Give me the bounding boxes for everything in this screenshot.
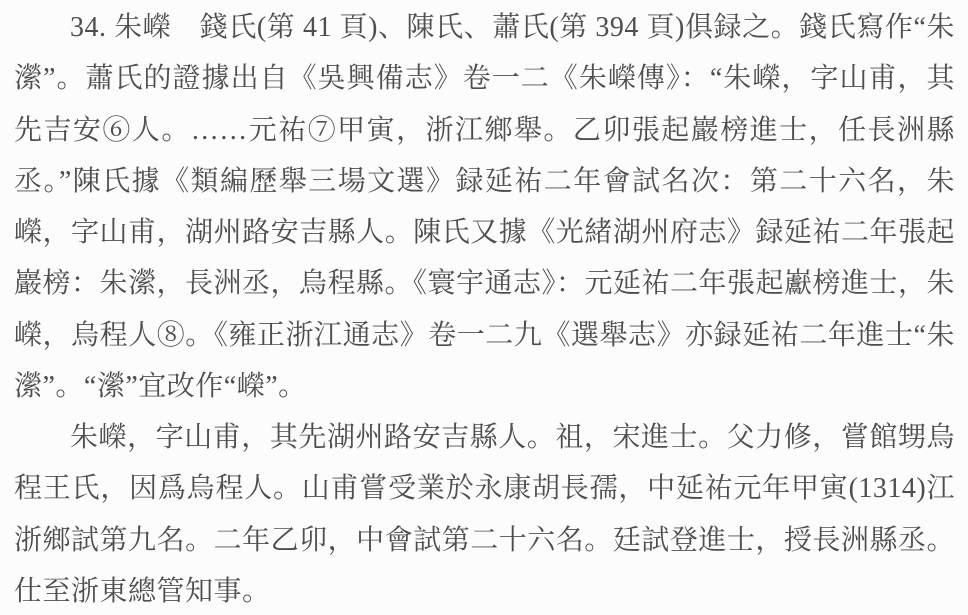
paragraph-biography: 朱嶸，字山甫，其先湖州路安吉縣人。祖，宋進士。父力修，嘗館甥烏程王氏，因爲烏程人… xyxy=(14,412,955,615)
scanned-book-page: 34. 朱嶸 錢氏(第 41 頁)、陳氏、蕭氏(第 394 頁)俱録之。錢氏寫作… xyxy=(0,0,968,615)
paragraph-entry-34-textual-notes: 34. 朱嶸 錢氏(第 41 頁)、陳氏、蕭氏(第 394 頁)俱録之。錢氏寫作… xyxy=(14,2,955,412)
